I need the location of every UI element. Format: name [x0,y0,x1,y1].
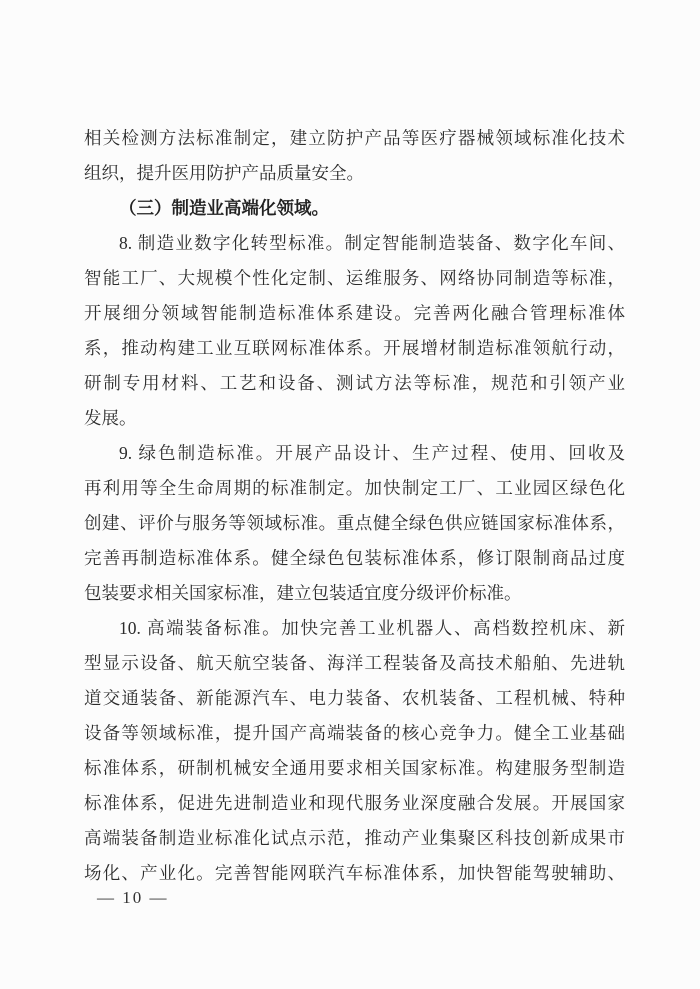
document-page: 相关检测方法标准制定，建立防护产品等医疗器械领域标准化技术 组织，提升医用防护产… [0,0,700,989]
body-line: 开展细分领域智能制造标准体系建设。完善两化融合管理标准体 [84,296,625,331]
body-line: 高端装备制造业标准化试点示范，推动产业集聚区科技创新成果市 [84,821,625,856]
body-line: 智能工厂、大规模个性化定制、运维服务、网络协同制造等标准， [84,261,625,296]
body-line: 设备等领域标准，提升国产高端装备的核心竞争力。健全工业基础 [84,716,625,751]
body-line: 完善再制造标准体系。健全绿色包装标准体系，修订限制商品过度 [84,541,625,576]
body-line: 型显示设备、航天航空装备、海洋工程装备及高技术船舶、先进轨 [84,646,625,681]
section-heading: （三）制造业高端化领域。 [84,191,625,226]
body-line: 包装要求相关国家标准，建立包装适宜度分级评价标准。 [84,576,625,611]
body-line: 发展。 [84,401,625,436]
body-line: 研制专用材料、工艺和设备、测试方法等标准，规范和引领产业 [84,366,625,401]
body-line: 组织，提升医用防护产品质量安全。 [84,156,625,191]
body-line: 创建、评价与服务等领域标准。重点健全绿色供应链国家标准体系， [84,506,625,541]
body-line: 相关检测方法标准制定，建立防护产品等医疗器械领域标准化技术 [84,121,625,156]
body-line: 标准体系，研制机械安全通用要求相关国家标准。构建服务型制造 [84,751,625,786]
paragraph-start: 10. 高端装备标准。加快完善工业机器人、高档数控机床、新 [84,611,625,646]
body-line: 标准体系，促进先进制造业和现代服务业深度融合发展。开展国家 [84,786,625,821]
paragraph-start: 8. 制造业数字化转型标准。制定智能制造装备、数字化车间、 [84,226,625,261]
body-line: 道交通装备、新能源汽车、电力装备、农机装备、工程机械、特种 [84,681,625,716]
body-line: 系，推动构建工业互联网标准体系。开展增材制造标准领航行动， [84,331,625,366]
text-block: 相关检测方法标准制定，建立防护产品等医疗器械领域标准化技术 组织，提升医用防护产… [84,121,625,891]
paragraph-start: 9. 绿色制造标准。开展产品设计、生产过程、使用、回收及 [84,436,625,471]
page-number: — 10 — [97,886,169,910]
body-line: 再利用等全生命周期的标准制定。加快制定工厂、工业园区绿色化 [84,471,625,506]
